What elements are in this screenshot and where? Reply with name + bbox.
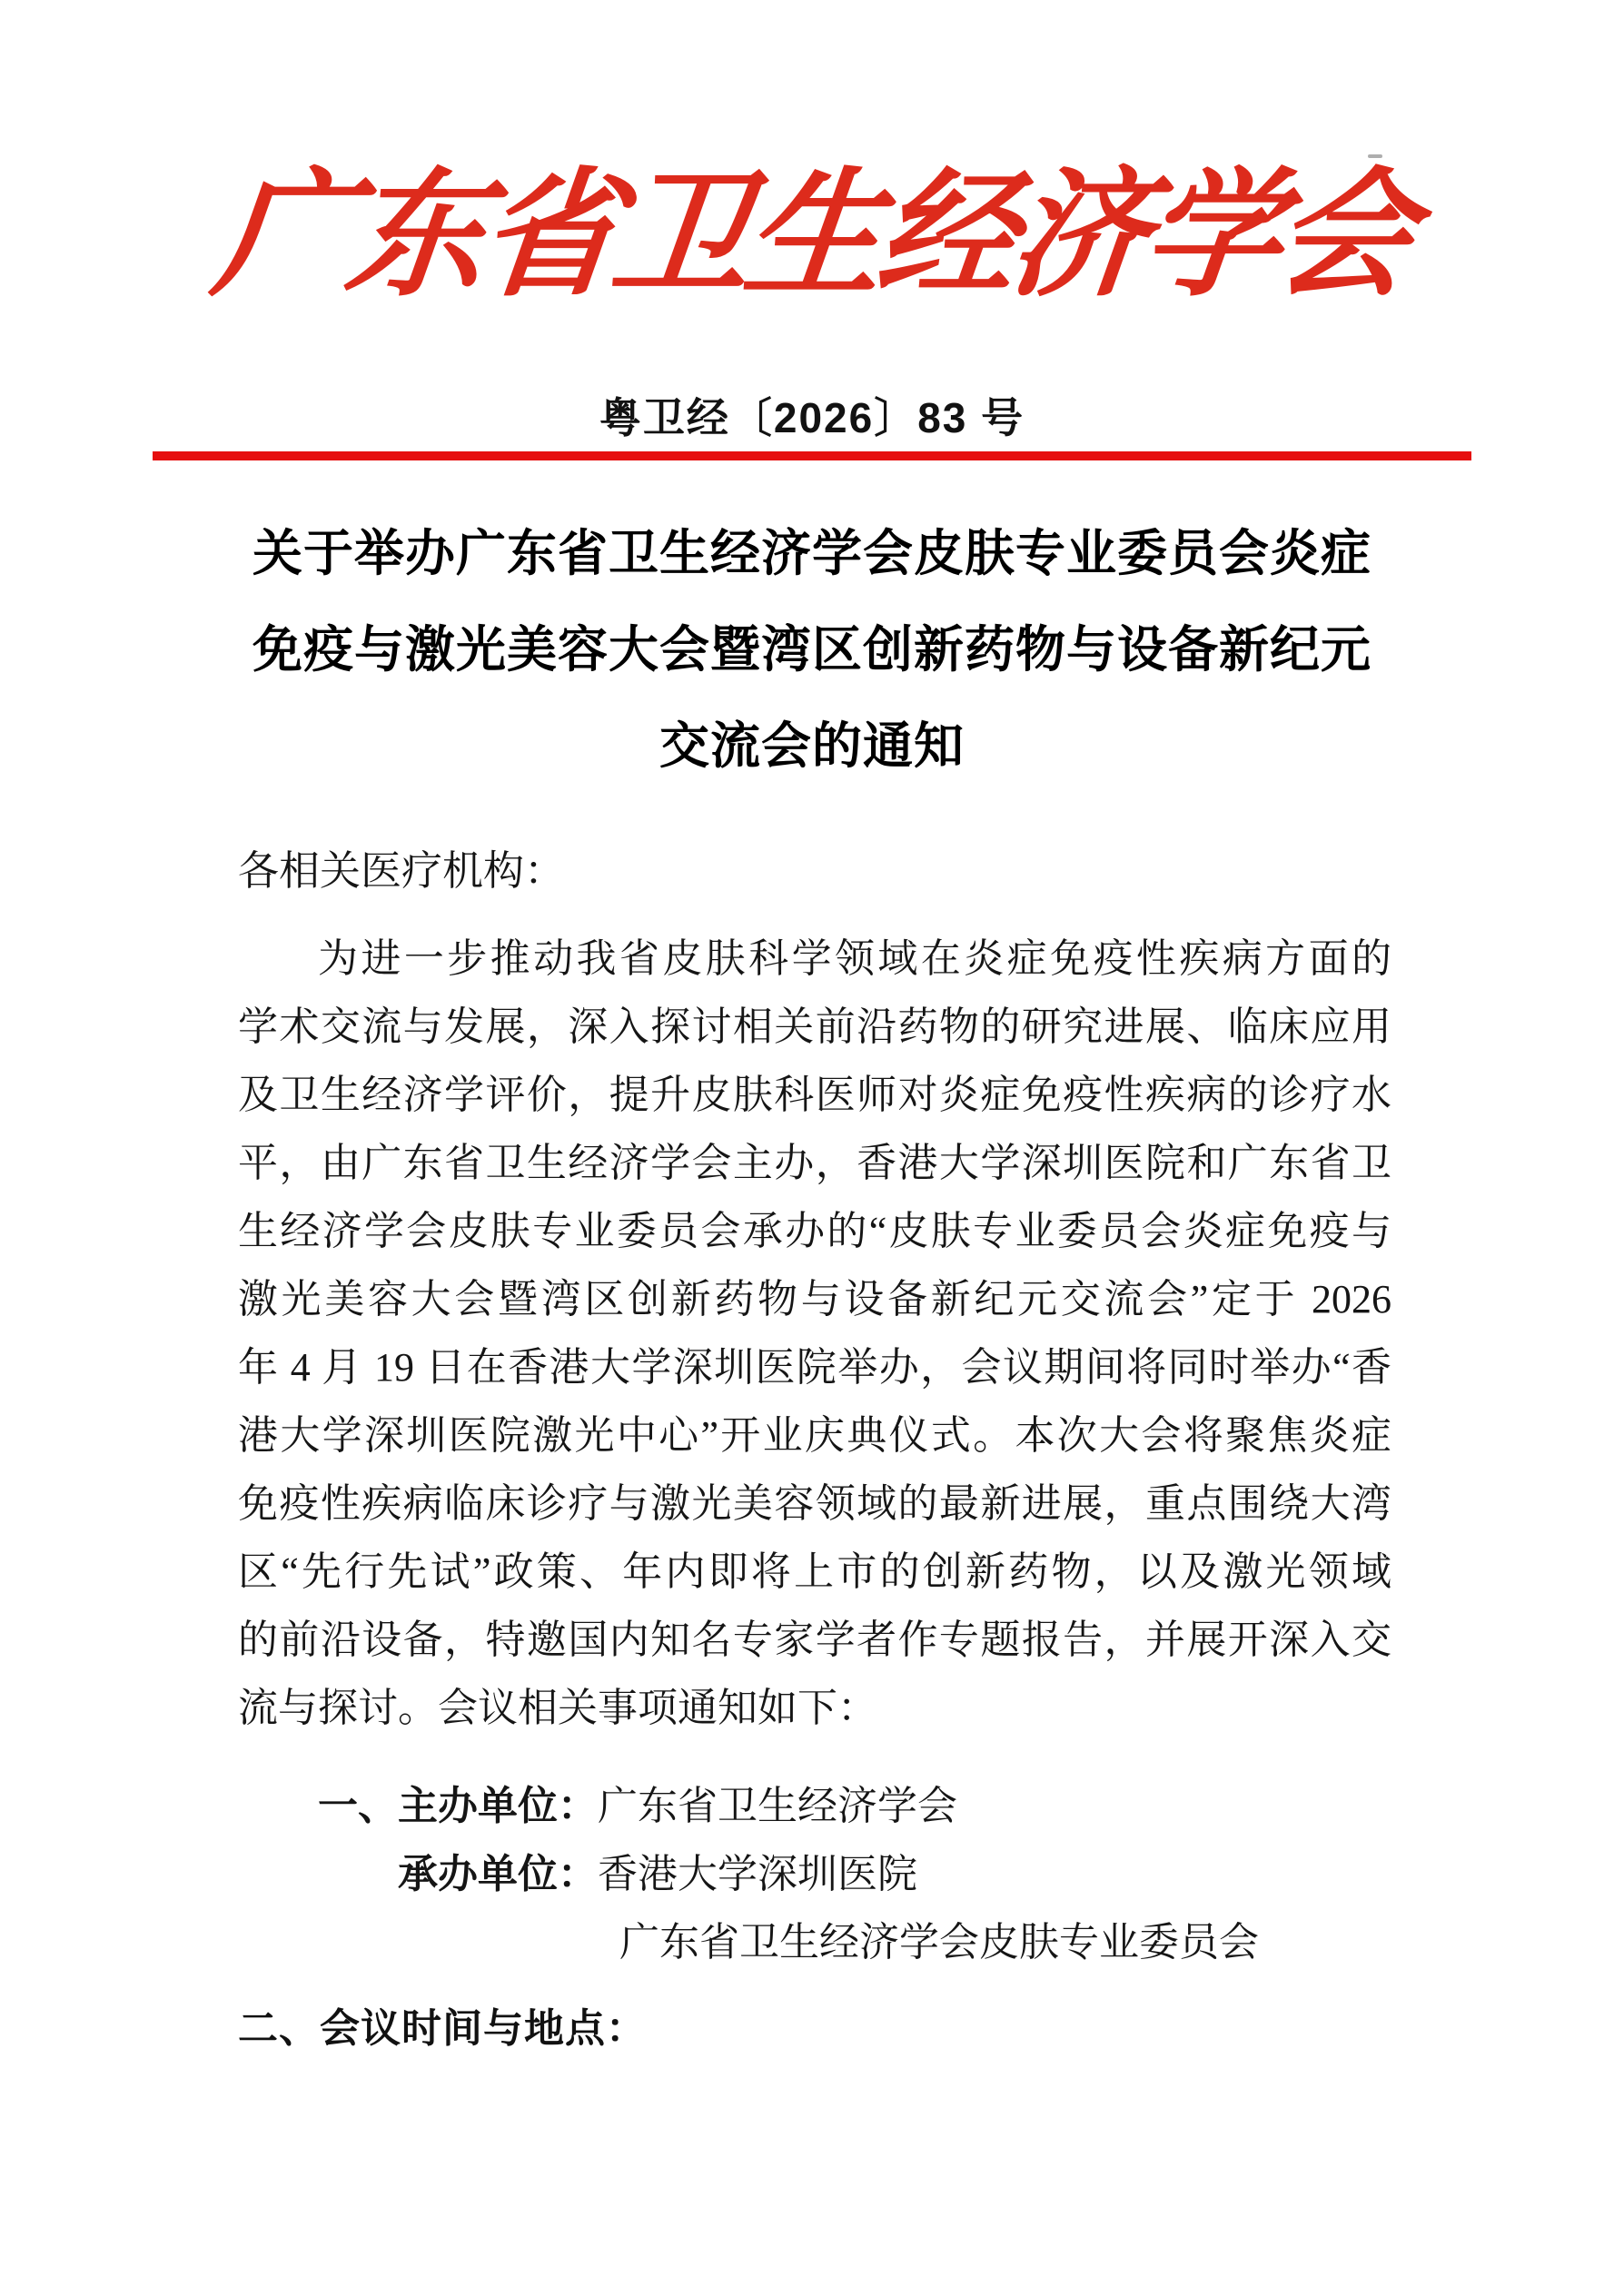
paragraph-line: 免疫性疾病临床诊疗与激光美容领域的最新进展，重点围绕大湾 bbox=[238, 1470, 1391, 1538]
paragraph-line: 港大学深圳医院激光中心”开业庆典仪式。本次大会将聚焦炎症 bbox=[238, 1401, 1391, 1470]
host-label: 一、主办单位： bbox=[318, 1784, 598, 1828]
document-reference-number: 粤卫经〔2026〕83 号 bbox=[0, 385, 1624, 445]
paragraph-line: 及卫生经济学评价，提升皮肤科医师对炎症免疫性疾病的诊疗水 bbox=[238, 1061, 1391, 1129]
section-two-label: 二、会议时间与地点： bbox=[238, 2006, 647, 2051]
organizer-label: 承办单位： bbox=[398, 1852, 598, 1896]
document-page: 广东省卫生经济学会 粤卫经〔2026〕83 号 关于举办广东省卫生经济学会皮肤专… bbox=[0, 0, 1624, 2296]
paragraph-line: 平，由广东省卫生经济学会主办，香港大学深圳医院和广东省卫 bbox=[238, 1129, 1391, 1197]
organizer-list: 一、主办单位：广东省卫生经济学会 承办单位：香港大学深圳医院 广东省卫生经济学会… bbox=[238, 1772, 1391, 1976]
undertaker-organization-line-2: 广东省卫生经济学会皮肤专业委员会 bbox=[238, 1908, 1391, 1976]
paragraph-line: 区“先行先试”政策、年内即将上市的创新药物，以及激光领域 bbox=[238, 1538, 1391, 1606]
body-paragraph: 为进一步推动我省皮肤科学领域在炎症免疫性疾病方面的 学术交流与发展，深入探讨相关… bbox=[238, 925, 1391, 1742]
undertaker-organization-line: 承办单位：香港大学深圳医院 bbox=[238, 1840, 1391, 1908]
paragraph-line: 的前沿设备，特邀国内知名专家学者作专题报告，并展开深入交 bbox=[238, 1606, 1391, 1674]
paragraph-line: 学术交流与发展，深入探讨相关前沿药物的研究进展、临床应用 bbox=[238, 993, 1391, 1061]
paragraph-line: 流与探讨。会议相关事项通知如下： bbox=[238, 1674, 1391, 1742]
host-organization-line: 一、主办单位：广东省卫生经济学会 bbox=[238, 1772, 1391, 1840]
paragraph-line: 生经济学会皮肤专业委员会承办的“皮肤专业委员会炎症免疫与 bbox=[238, 1197, 1391, 1265]
paragraph-line: 为进一步推动我省皮肤科学领域在炎症免疫性疾病方面的 bbox=[238, 925, 1391, 993]
section-two-heading: 二、会议时间与地点： bbox=[238, 1994, 647, 2063]
organizer-value: 香港大学深圳医院 bbox=[598, 1852, 917, 1896]
document-title-line-1: 关于举办广东省卫生经济学会皮肤专业委员会炎症 bbox=[0, 505, 1624, 601]
association-calligraphy-masthead: 广东省卫生经济学会 bbox=[0, 143, 1624, 325]
document-title-line-2: 免疫与激光美容大会暨湾区创新药物与设备新纪元 bbox=[0, 601, 1624, 698]
document-title: 关于举办广东省卫生经济学会皮肤专业委员会炎症 免疫与激光美容大会暨湾区创新药物与… bbox=[0, 505, 1624, 794]
salutation: 各相关医疗机构： bbox=[238, 837, 565, 896]
host-value: 广东省卫生经济学会 bbox=[598, 1784, 957, 1828]
red-divider-rule bbox=[153, 451, 1471, 460]
paragraph-line: 激光美容大会暨湾区创新药物与设备新纪元交流会”定于 2026 bbox=[238, 1265, 1391, 1333]
paragraph-line: 年 4 月 19 日在香港大学深圳医院举办，会议期间将同时举办“香 bbox=[238, 1333, 1391, 1401]
document-title-line-3: 交流会的通知 bbox=[0, 698, 1624, 794]
organizer-value-2: 广东省卫生经济学会皮肤专业委员会 bbox=[619, 1920, 1259, 1964]
